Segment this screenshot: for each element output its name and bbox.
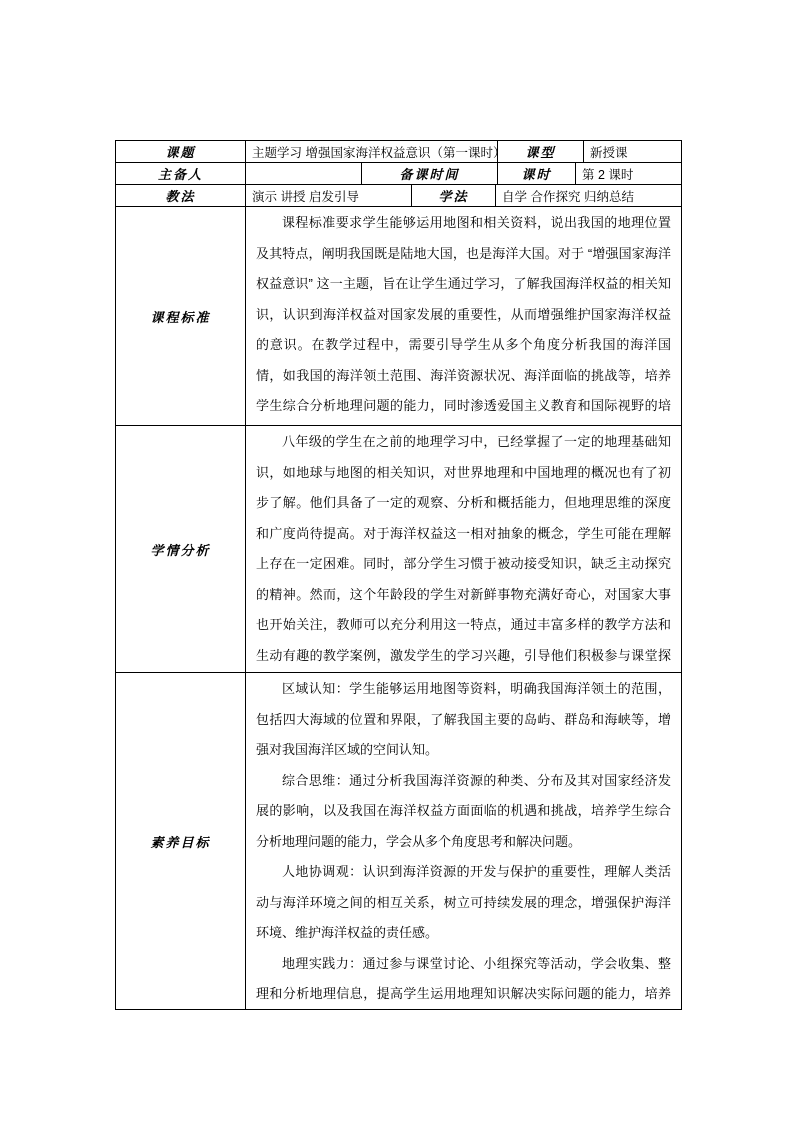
course-type-value: 新授课 (584, 141, 681, 163)
lead-preparer-value (246, 163, 362, 185)
paragraph: 地理实践力：通过参与课堂讨论、小组探究等活动，学会收集、整理和分析地理信息，提高… (256, 949, 671, 1010)
learning-method-value: 自学 合作探究 归纳总结 (496, 185, 681, 207)
competency-goals-content: 区域认知：学生能够运用地图等资料，明确我国海洋领土的范围，包括四大海域的位置和界… (246, 673, 681, 1009)
paragraph: 八年级的学生在之前的地理学习中，已经掌握了一定的地理基础知识，如地球与地图的相关… (256, 427, 671, 673)
paragraph: 区域认知：学生能够运用地图等资料，明确我国海洋领土的范围，包括四大海域的位置和界… (256, 674, 671, 766)
teaching-method-label: 教法 (116, 185, 246, 207)
prep-time-label: 备课时间 (362, 163, 498, 185)
period-label: 课时 (498, 163, 576, 185)
competency-goals-label: 素养目标 (116, 673, 246, 1009)
header-row-methods: 教法 演示 讲授 启发引导 学法 自学 合作探究 归纳总结 (116, 185, 681, 207)
section-competency-goals: 素养目标 区域认知：学生能够运用地图等资料，明确我国海洋领土的范围，包括四大海域… (116, 673, 681, 1009)
course-type-label: 课型 (498, 141, 584, 163)
topic-label: 课题 (116, 141, 246, 163)
lesson-plan-table: 课题 主题学习 增强国家海洋权益意识（第一课时） 课型 新授课 主备人 备课时间… (115, 140, 682, 1010)
learner-analysis-label: 学情分析 (116, 426, 246, 673)
learner-analysis-content: 八年级的学生在之前的地理学习中，已经掌握了一定的地理基础知识，如地球与地图的相关… (246, 426, 681, 673)
learning-method-label: 学法 (412, 185, 496, 207)
header-row-topic: 课题 主题学习 增强国家海洋权益意识（第一课时） 课型 新授课 (116, 141, 681, 163)
course-standard-label: 课程标准 (116, 207, 246, 426)
paragraph: 人地协调观：认识到海洋资源的开发与保护的重要性，理解人类活动与海洋环境之间的相互… (256, 857, 671, 949)
paragraph: 课程标准要求学生能够运用地图和相关资料，说出我国的地理位置及其特点，阐明我国既是… (256, 208, 671, 426)
teaching-method-value: 演示 讲授 启发引导 (246, 185, 412, 207)
course-standard-content: 课程标准要求学生能够运用地图和相关资料，说出我国的地理位置及其特点，阐明我国既是… (246, 207, 681, 426)
paragraph: 综合思维：通过分析我国海洋资源的种类、分布及其对国家经济发展的影响，以及我国在海… (256, 766, 671, 858)
lead-preparer-label: 主备人 (116, 163, 246, 185)
topic-title: 主题学习 增强国家海洋权益意识（第一课时） (246, 141, 498, 163)
header-row-preparer: 主备人 备课时间 课时 第 2 课时 (116, 163, 681, 185)
section-course-standard: 课程标准 课程标准要求学生能够运用地图和相关资料，说出我国的地理位置及其特点，阐… (116, 207, 681, 426)
period-value: 第 2 课时 (576, 163, 681, 185)
section-learner-analysis: 学情分析 八年级的学生在之前的地理学习中，已经掌握了一定的地理基础知识，如地球与… (116, 426, 681, 673)
